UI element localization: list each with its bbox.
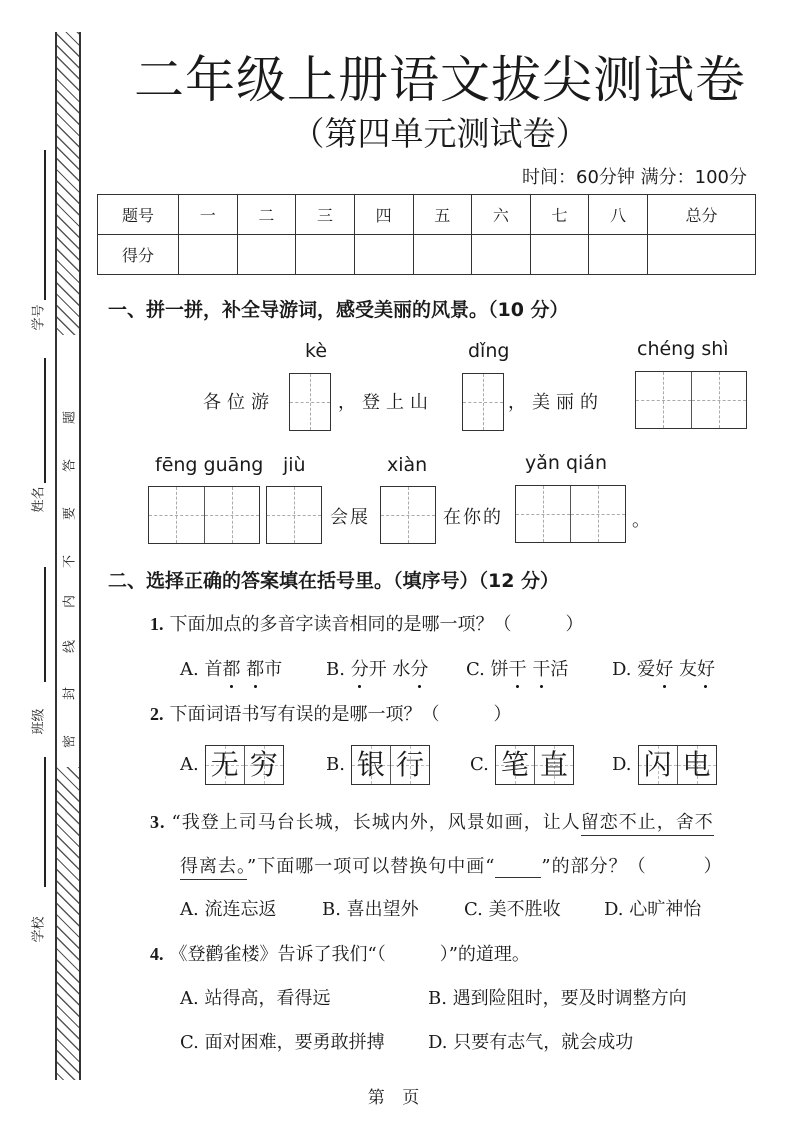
q1-option-c[interactable]: C. 饼干 干活 [466, 655, 568, 681]
underlined-text: 留恋不止，舍不 [581, 812, 714, 836]
score-table: 题号 一 二 三 四 五 六 七 八 总分 得分 [97, 194, 756, 275]
score-cell[interactable] [354, 235, 413, 275]
score-header-cell: 题号 [98, 195, 179, 235]
q3-option-c[interactable]: C. 美不胜收 [464, 895, 561, 921]
question-1: 1.下面加点的多音字读音相同的是哪一项？（ ） [150, 610, 584, 636]
class-label: 班级 [28, 708, 47, 734]
char: 活 [550, 659, 568, 680]
q4-option-b[interactable]: B. 遇到险阻时，要及时调整方向 [428, 984, 687, 1010]
score-header-cell: 总分 [648, 195, 756, 235]
period: 。 [632, 506, 656, 532]
question-number: 1. [150, 614, 164, 634]
score-cell[interactable] [296, 235, 355, 275]
pinyin: xiàn [387, 454, 427, 476]
question-number: 3. [150, 812, 166, 832]
answer-grid-ke[interactable] [289, 373, 331, 431]
answer-grid-xian[interactable] [380, 486, 436, 544]
word-box: 笔直 [495, 745, 574, 785]
warning-char: 不 [59, 551, 78, 573]
question-text: “我登上司马台长城，长城内外，风景如画，让人 [172, 812, 581, 833]
pinyin: kè [305, 340, 327, 362]
score-table-score-row: 得分 [98, 235, 756, 275]
underline-sample [495, 859, 541, 878]
question-4: 4.《登鹳雀楼》告诉了我们“（ ）”的道理。 [150, 940, 530, 966]
q1-option-d[interactable]: D. 爱好 友好 [612, 655, 715, 681]
word-box: 闪电 [638, 745, 717, 785]
word-box: 银行 [351, 745, 430, 785]
char: 首 [204, 659, 222, 680]
page-subtitle: （第四单元测试卷） [100, 108, 780, 155]
q3-option-a[interactable]: A. 流连忘返 [180, 895, 276, 921]
question-text: 下面词语书写有误的是哪一项？（ ） [170, 704, 512, 725]
binding-strip: 不 要 答 题 密 封 线 内 [55, 32, 81, 1080]
warning-char: 线 [59, 636, 78, 658]
warning-char: 内 [59, 591, 78, 613]
q4-option-c[interactable]: C. 面对困难，要勇敢拼搏 [180, 1028, 385, 1054]
option-label: B. [326, 659, 345, 680]
pinyin: fēng guāng [155, 454, 263, 476]
dotted-char: 分 [351, 655, 369, 681]
hatch-pattern [57, 767, 79, 1080]
score-header-cell: 一 [179, 195, 238, 235]
char: 爱 [637, 659, 655, 680]
dotted-char: 都 [246, 655, 264, 681]
student-id-line[interactable] [44, 150, 46, 300]
question-text: 下面加点的多音字读音相同的是哪一项？（ ） [170, 614, 584, 635]
score-cell[interactable] [589, 235, 648, 275]
answer-grid-fengguang[interactable] [148, 486, 260, 544]
char: 银 [357, 748, 385, 781]
question-2: 2.下面词语书写有误的是哪一项？（ ） [150, 700, 512, 726]
section-2-heading: 二、选择正确的答案填在括号里。（填序号）（12 分） [108, 566, 559, 593]
warning-char: 题 [59, 407, 78, 429]
answer-grid-ding[interactable] [462, 373, 504, 431]
section-1-heading: 一、拼一拼，补全导游词，感受美丽的风景。（10 分） [108, 295, 569, 322]
question-3-line-1: 3.“我登上司马台长城，长城内外，风景如画，让人留恋不止，舍不 [150, 808, 714, 834]
score-table-header-row: 题号 一 二 三 四 五 六 七 八 总分 [98, 195, 756, 235]
score-header-cell: 五 [413, 195, 472, 235]
warning-char: 答 [59, 455, 78, 477]
answer-grid-yanqian[interactable] [515, 485, 626, 543]
pinyin: yǎn qián [525, 452, 607, 474]
hatch-pattern [57, 32, 79, 335]
option-label: A. [180, 659, 199, 680]
char: 友 [679, 659, 697, 680]
char: 市 [264, 659, 282, 680]
student-id-label: 学号 [28, 304, 47, 330]
char: 笔 [501, 748, 529, 781]
page-title: 二年级上册语文拔尖测试卷 [100, 40, 780, 112]
score-cell[interactable] [237, 235, 296, 275]
word-box: 无穷 [205, 745, 284, 785]
q2-option-b[interactable]: B.银行 [326, 745, 430, 785]
question-text: 《登鹳雀楼》告诉了我们“（ ）”的道理。 [170, 944, 530, 965]
pinyin: jiù [283, 454, 306, 476]
q1-option-a[interactable]: A. 首都 都市 [180, 655, 282, 681]
class-line[interactable] [44, 567, 46, 682]
score-header-cell: 七 [530, 195, 589, 235]
char: 水 [392, 659, 410, 680]
page-footer: 第 页 [0, 1083, 793, 1108]
dotted-char: 好 [655, 655, 673, 681]
pinyin: dǐng [468, 340, 509, 362]
q2-option-d[interactable]: D.闪电 [612, 745, 717, 785]
question-text: ”下面哪一项可以替换句中画“ [247, 856, 495, 877]
option-label: B. [326, 754, 345, 775]
q3-option-b[interactable]: B. 喜出望外 [322, 895, 419, 921]
char: 开 [369, 659, 387, 680]
option-label: C. [470, 754, 489, 775]
char: 直 [540, 748, 568, 781]
answer-grid-chengshi[interactable] [635, 371, 747, 429]
school-label: 学校 [28, 916, 47, 942]
q3-option-d[interactable]: D. 心旷神怡 [604, 895, 701, 921]
underlined-text: 得离去。 [180, 856, 247, 880]
q4-option-d[interactable]: D. 只要有志气，就会成功 [428, 1028, 633, 1054]
option-label: D. [612, 754, 632, 775]
warning-char: 密 [59, 731, 78, 753]
score-header-cell: 四 [354, 195, 413, 235]
option-label: A. [180, 754, 199, 775]
char: 闪 [644, 748, 672, 781]
name-line[interactable] [44, 358, 46, 483]
question-number: 2. [150, 704, 164, 724]
prompt-text: 在你的 [443, 503, 503, 529]
score-cell[interactable] [648, 235, 756, 275]
exam-meta: 时间：60分钟 满分：100分 [522, 163, 747, 189]
char: 穷 [250, 748, 278, 781]
q2-option-a[interactable]: A.无穷 [180, 745, 284, 785]
char: 行 [396, 748, 424, 781]
score-header-cell: 三 [296, 195, 355, 235]
char: 电 [683, 748, 711, 781]
dotted-char: 干 [532, 655, 550, 681]
dotted-char: 都 [222, 655, 240, 681]
score-cell[interactable] [472, 235, 531, 275]
score-cell[interactable] [413, 235, 472, 275]
pinyin: chéng shì [637, 338, 729, 360]
q4-option-a[interactable]: A. 站得高，看得远 [180, 984, 330, 1010]
option-label: D. [612, 659, 632, 680]
score-cell[interactable] [179, 235, 238, 275]
q2-option-c[interactable]: C.笔直 [470, 745, 574, 785]
score-header-cell: 六 [472, 195, 531, 235]
q1-option-b[interactable]: B. 分开 水分 [326, 655, 428, 681]
score-cell[interactable] [530, 235, 589, 275]
prompt-text: ，美丽的 [508, 388, 604, 414]
name-label: 姓名 [28, 486, 47, 512]
dotted-char: 分 [410, 655, 428, 681]
option-label: C. [466, 659, 485, 680]
prompt-text: 会展 [330, 503, 370, 529]
score-header-cell: 八 [589, 195, 648, 235]
question-3-line-2: 得离去。”下面哪一项可以替换句中画“”的部分？（ ） [180, 852, 723, 878]
question-number: 4. [150, 944, 164, 964]
answer-grid-jiu[interactable] [266, 486, 322, 544]
dotted-char: 好 [697, 655, 715, 681]
char: 无 [211, 748, 239, 781]
warning-char: 要 [59, 503, 78, 525]
prompt-text: 各位游 [203, 388, 275, 414]
dotted-char: 干 [509, 655, 527, 681]
school-line[interactable] [44, 757, 46, 887]
question-text: ”的部分？（ ） [541, 856, 722, 877]
score-header-cell: 二 [237, 195, 296, 235]
prompt-text: ，登上山 [338, 388, 434, 414]
score-row-label: 得分 [98, 235, 179, 275]
warning-char: 封 [59, 683, 78, 705]
char: 饼 [491, 659, 509, 680]
